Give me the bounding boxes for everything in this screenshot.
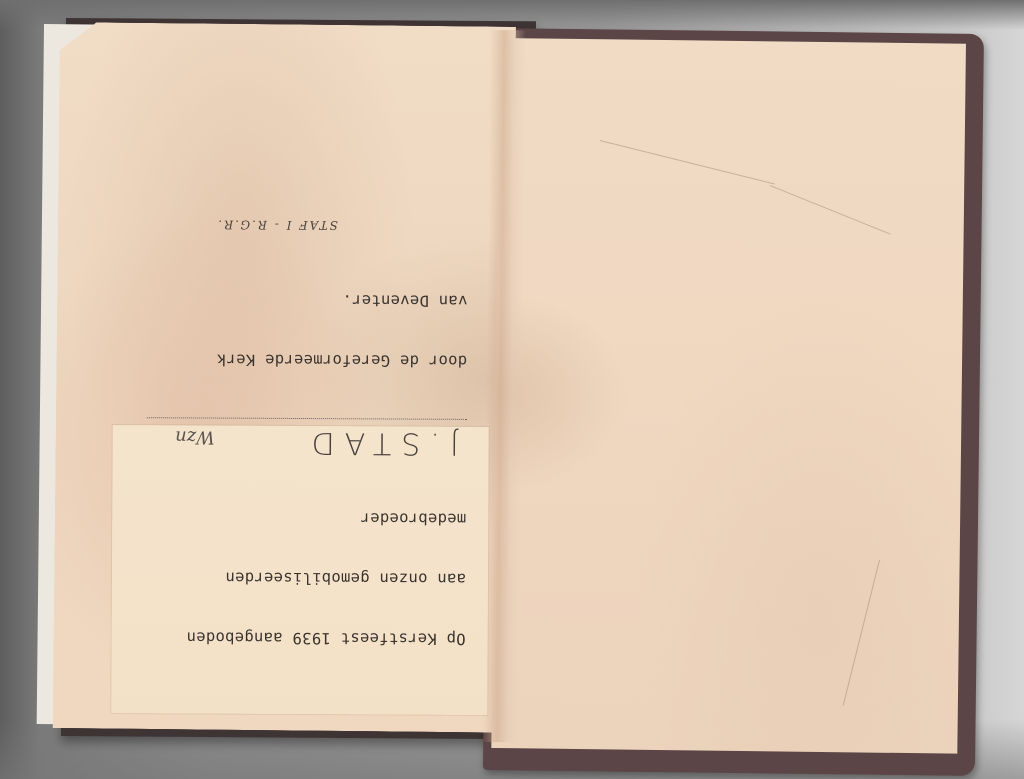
recipient-name-row: J.STAD Wzn (131, 417, 467, 463)
dedication-line: door de Gereformeerde Kerk (131, 349, 467, 371)
dedication-top: Op Kerstfeest 1939 aangeboden aan onzen … (129, 467, 466, 689)
dedication-line: medebroeder (130, 507, 466, 529)
dedication-line: aan onzen gemobiliseerden (130, 567, 466, 589)
bookplate-text-rotated: Op Kerstfeest 1939 aangeboden aan onzen … (111, 425, 489, 715)
pastedown-right (491, 38, 966, 754)
unit-stamp: STAF I - R.G.R. (132, 217, 338, 232)
dedication-bottom: door de Gereformeerde Kerk van Deventer. (131, 249, 468, 411)
dedication-line: van Deventer. (131, 289, 467, 311)
handwritten-suffix: Wzn (175, 426, 215, 447)
bookplate-label: Op Kerstfeest 1939 aangeboden aan onzen … (111, 425, 489, 715)
dedication-line: Op Kerstfeest 1939 aangeboden (130, 627, 466, 649)
book-gutter (483, 30, 526, 742)
handwritten-name: J.STAD (302, 425, 459, 461)
